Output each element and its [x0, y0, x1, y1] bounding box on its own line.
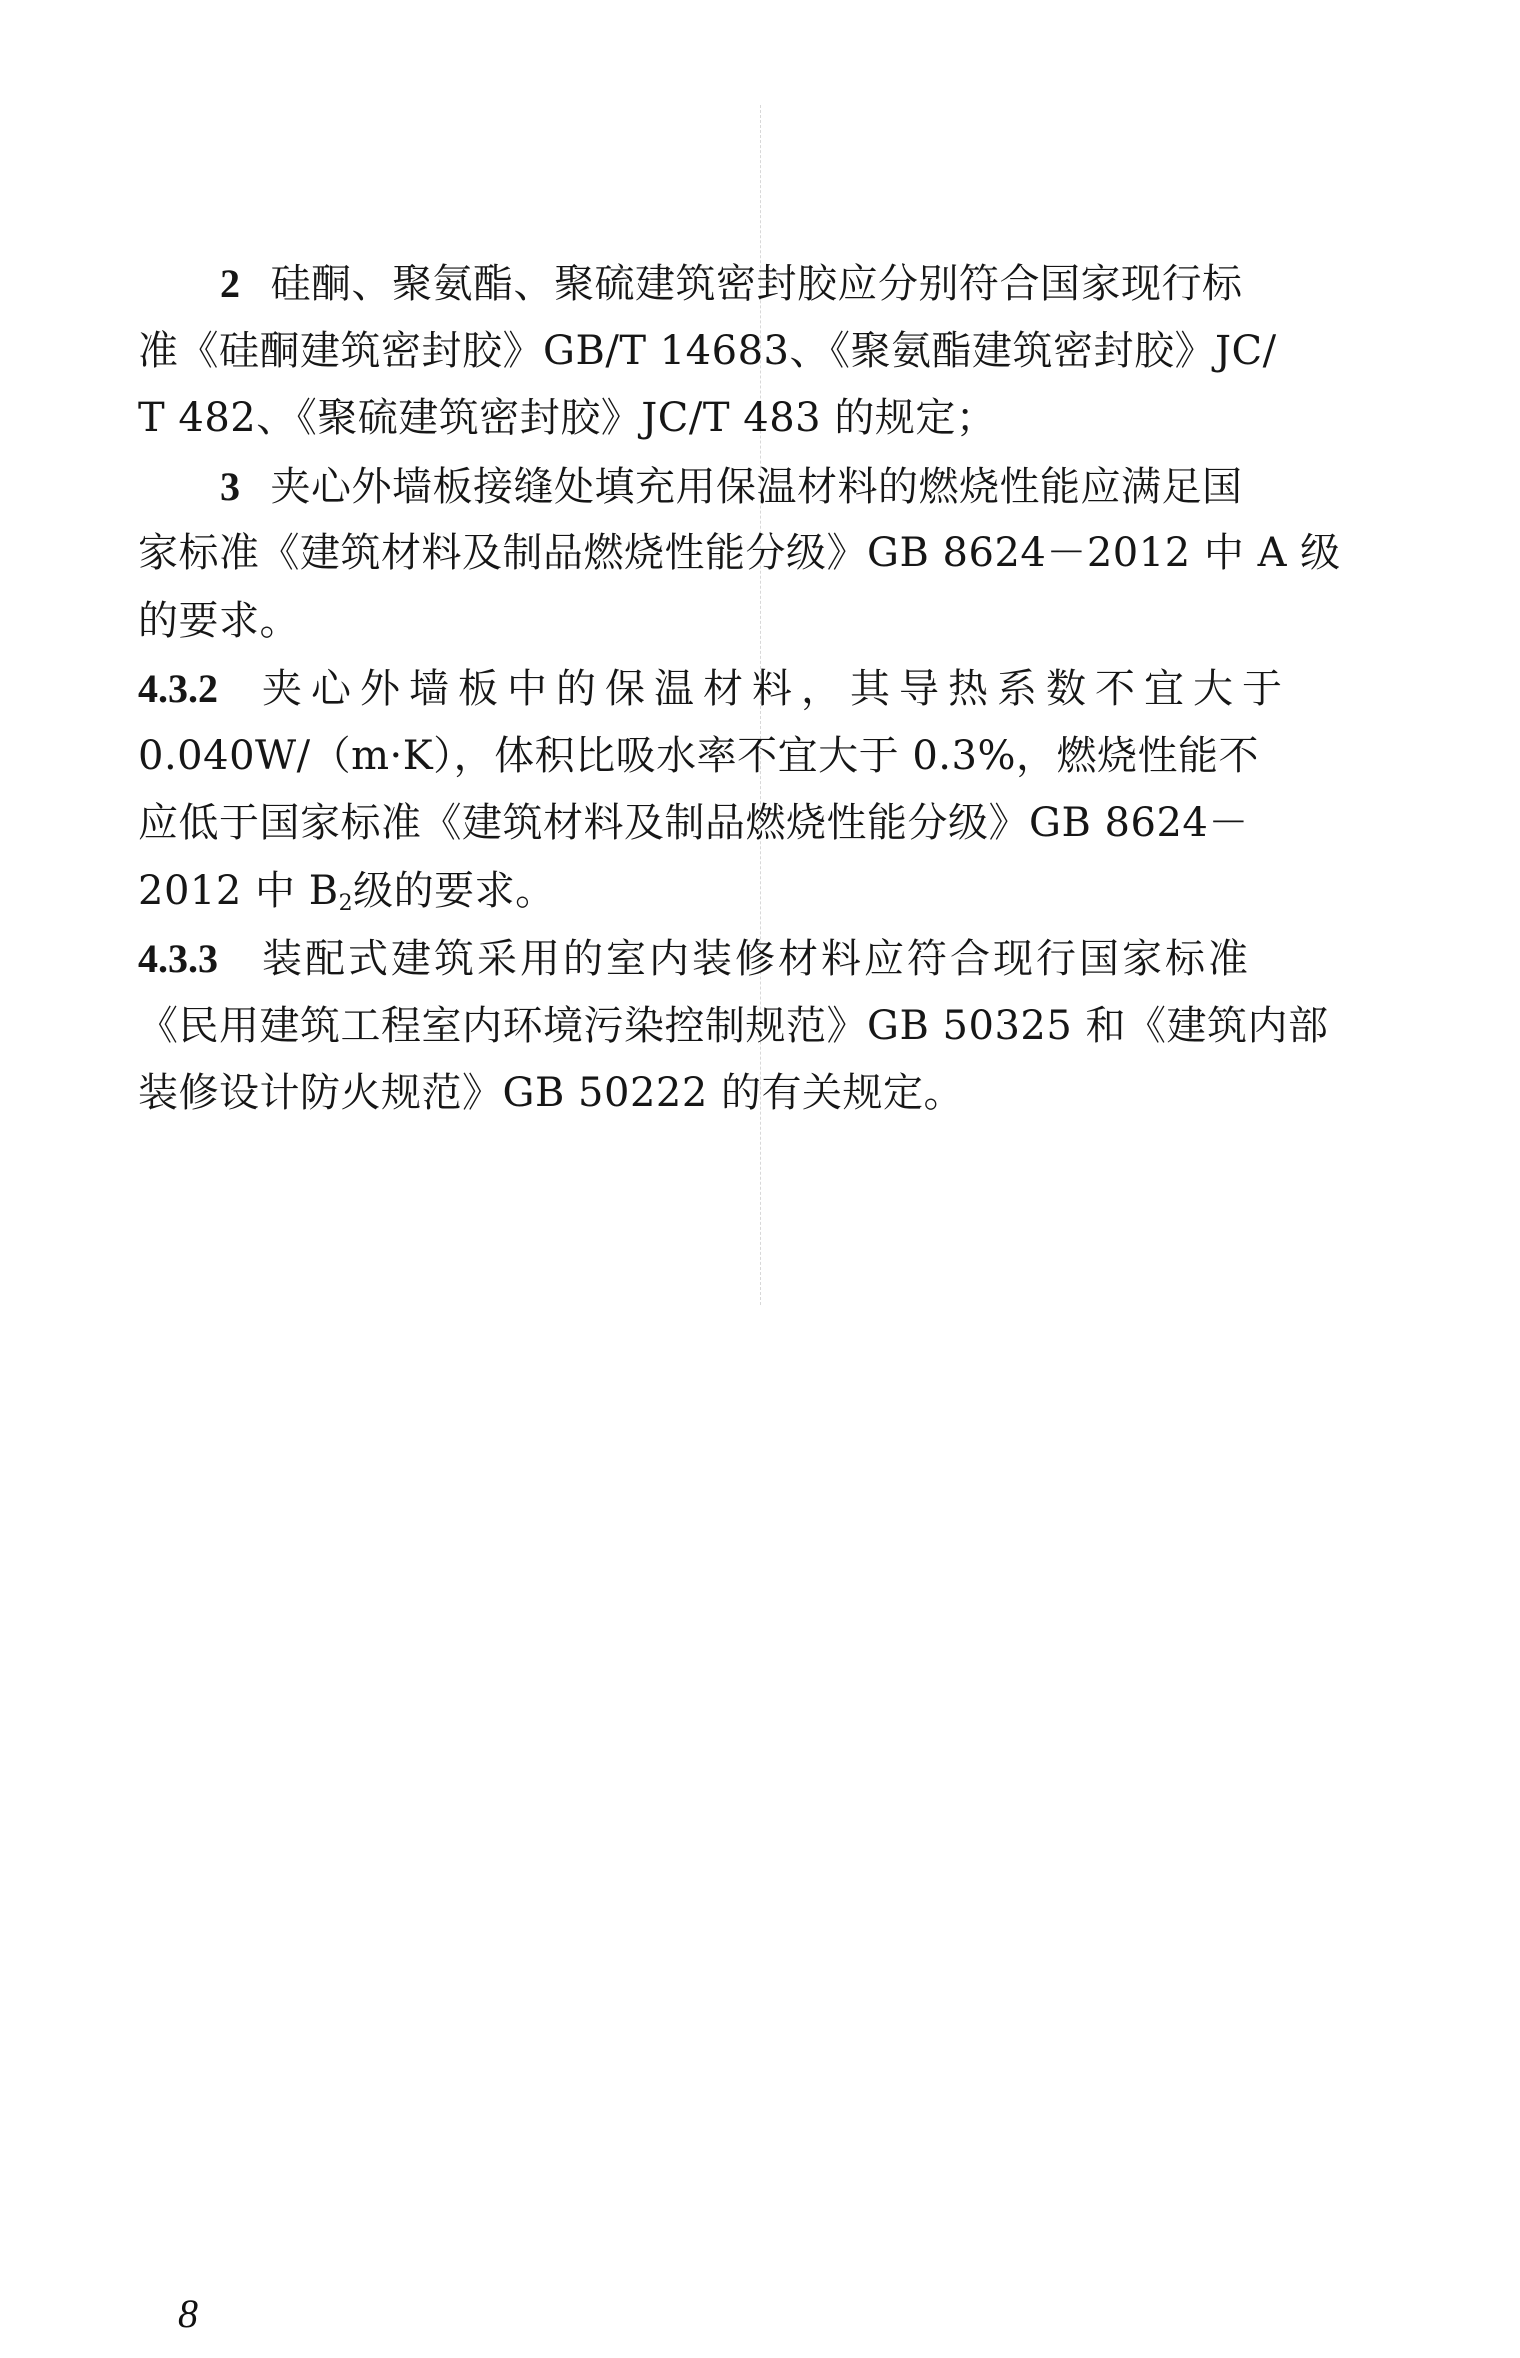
subscript: 2 [339, 891, 354, 916]
clause-4-3-3-line-3: 装修设计防火规范》GB 50222 的有关规定。 [138, 1060, 1348, 1128]
line-text: 2012 中 B [138, 868, 339, 914]
body-text: 2硅酮、聚氨酯、聚硫建筑密封胶应分别符合国家现行标 准《硅酮建筑密封胶》GB/T… [138, 250, 1348, 1128]
clause-4-3-2-line-2: 0.040W/（m·K），体积比吸水率不宜大于 0.3%，燃烧性能不 [138, 723, 1348, 791]
line-text: T 482、《聚硫建筑密封胶》JC/T 483 的规定； [138, 395, 996, 441]
line-text: 应低于国家标准《建筑材料及制品燃烧性能分级》GB 8624－ [138, 800, 1249, 846]
clause-4-3-2-line-4: 2012 中 B2级的要求。 [138, 858, 1348, 926]
item-3-line-2: 家标准《建筑材料及制品燃烧性能分级》GB 8624－2012 中 A 级 [138, 520, 1348, 588]
line-text: 夹心外墙板接缝处填充用保温材料的燃烧性能应满足国 [271, 464, 1243, 510]
clause-4-3-3-line-1: 4.3.3装配式建筑采用的室内装修材料应符合现行国家标准 [138, 925, 1348, 993]
item-2-line-2: 准《硅酮建筑密封胶》GB/T 14683、《聚氨酯建筑密封胶》JC/ [138, 318, 1348, 386]
item-3-line-3: 的要求。 [138, 588, 1348, 656]
page-number: 8 [178, 2290, 198, 2337]
item-3-line-1: 3夹心外墙板接缝处填充用保温材料的燃烧性能应满足国 [138, 453, 1348, 521]
clause-4-3-2-line-3: 应低于国家标准《建筑材料及制品燃烧性能分级》GB 8624－ [138, 790, 1348, 858]
line-text: 硅酮、聚氨酯、聚硫建筑密封胶应分别符合国家现行标 [271, 261, 1243, 307]
clause-4-3-3-line-2: 《民用建筑工程室内环境污染控制规范》GB 50325 和《建筑内部 [138, 993, 1348, 1061]
item-2-line-3: T 482、《聚硫建筑密封胶》JC/T 483 的规定； [138, 385, 1348, 453]
line-text: 的要求。 [138, 598, 300, 644]
document-page: 2硅酮、聚氨酯、聚硫建筑密封胶应分别符合国家现行标 准《硅酮建筑密封胶》GB/T… [0, 0, 1520, 2358]
line-text: 家标准《建筑材料及制品燃烧性能分级》GB 8624－2012 中 A 级 [138, 530, 1341, 576]
item-2-line-1: 2硅酮、聚氨酯、聚硫建筑密封胶应分别符合国家现行标 [138, 250, 1348, 318]
line-text: 装修设计防火规范》GB 50222 的有关规定。 [138, 1070, 964, 1116]
line-text: 夹心外墙板中的保温材料，其导热系数不宜大于 [262, 666, 1291, 712]
clause-number: 4.3.2 [138, 666, 218, 711]
line-text: 0.040W/（m·K），体积比吸水率不宜大于 0.3%，燃烧性能不 [138, 733, 1259, 779]
line-text: 《民用建筑工程室内环境污染控制规范》GB 50325 和《建筑内部 [138, 1003, 1329, 1049]
item-number: 2 [220, 261, 241, 306]
clause-4-3-2-line-1: 4.3.2夹心外墙板中的保温材料，其导热系数不宜大于 [138, 655, 1348, 723]
line-text: 装配式建筑采用的室内装修材料应符合现行国家标准 [262, 936, 1251, 982]
clause-number: 4.3.3 [138, 936, 218, 981]
line-text: 级的要求。 [353, 868, 556, 914]
item-number: 3 [220, 464, 241, 509]
line-text: 准《硅酮建筑密封胶》GB/T 14683、《聚氨酯建筑密封胶》JC/ [138, 328, 1277, 374]
